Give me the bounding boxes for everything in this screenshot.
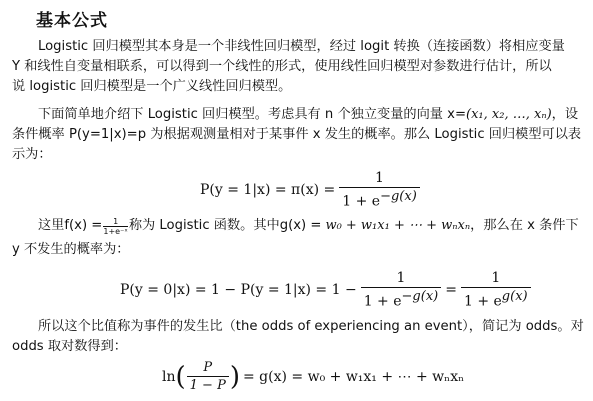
- eq1-numerator: 1: [372, 170, 387, 187]
- eq2-fraction2: 1 1 + eg(x): [461, 270, 531, 310]
- logistic-fraction: 11+e⁻ˣ: [103, 217, 128, 236]
- eq3-den: 1 − P: [187, 376, 229, 393]
- eq2-frac1-den: 1 + e−g(x): [361, 287, 442, 310]
- para2-line1-suffix: ，设: [552, 107, 578, 122]
- eq2-frac2-num: 1: [488, 270, 503, 287]
- eq2-frac2-den-base: 1 + e: [464, 294, 502, 310]
- equation-log-odds: ln ( P 1 − P ) = g(x) = w₀ + w₁x₁ + ⋯ + …: [162, 360, 464, 393]
- eq3-ln: ln: [162, 369, 176, 385]
- para1-line3: 说 logistic 回归模型是一个广义线性回归模型。: [12, 77, 291, 97]
- para4-line2: odds 取对数得到：: [12, 337, 127, 357]
- vector-x: (x₁, x₂, …, xₙ): [466, 107, 552, 122]
- para2-line1: 下面简单地介绍下 Logistic 回归模型。考虑具有 n 个独立变量的向量 x…: [38, 105, 578, 125]
- eq3-num: P: [200, 360, 215, 376]
- eq2-equals: =: [445, 282, 457, 298]
- para3-line2: y 不发生的概率为：: [12, 240, 130, 260]
- eq2-frac2-den: 1 + eg(x): [461, 287, 531, 310]
- equation-y0-probability: P(y = 0|x) = 1 − P(y = 1|x) = 1 − 1 1 + …: [120, 270, 535, 310]
- eq2-frac1-exp: −g(x): [402, 289, 439, 304]
- eq1-den-base: 1 + e: [342, 194, 380, 210]
- eq1-den-exp: −g(x): [380, 189, 417, 204]
- g-formula: w₀ + w₁x₁ + ⋯ + wₙxₙ: [325, 216, 470, 236]
- eq2-frac2-exp: g(x): [502, 289, 528, 304]
- eq2-fraction1: 1 1 + e−g(x): [361, 270, 442, 310]
- para2-line1-prefix: 下面简单地介绍下 Logistic 回归模型。考虑具有 n 个独立变量的向量 x…: [38, 107, 466, 122]
- small-frac-den: 1+e⁻ˣ: [103, 226, 128, 236]
- eq3-rhs: = g(x) = w₀ + w₁x₁ + ⋯ + wₙxₙ: [243, 369, 464, 385]
- para3-prefix: 这里f(x) =: [38, 216, 102, 236]
- eq2-lhs: P(y = 0|x) = 1 − P(y = 1|x) = 1 −: [120, 282, 357, 298]
- para1-line2: Y 和线性自变量相联系，可以得到一个线性的形式，使用线性回归模型对参数进行估计，…: [12, 57, 552, 77]
- equation-logistic-model: P(y = 1|x) = π(x) = 1 1 + e−g(x): [200, 170, 424, 210]
- eq1-lhs: P(y = 1|x) = π(x) =: [200, 182, 335, 198]
- eq1-denominator: 1 + e−g(x): [339, 187, 420, 210]
- eq3-fraction: P 1 − P: [187, 360, 229, 393]
- para3-line1: 这里f(x) = 11+e⁻ˣ 称为 Logistic 函数。其中g(x) = …: [38, 216, 579, 236]
- section-title: 基本公式: [36, 6, 108, 31]
- eq2-frac1-num: 1: [394, 270, 409, 287]
- para1-line1: Logistic 回归模型其本身是一个非线性回归模型，经过 logit 转换（连…: [38, 37, 565, 57]
- para2-line2: 条件概率 P(y=1|x)=p 为根据观测量相对于某事件 x 发生的概率。那么 …: [12, 125, 581, 145]
- left-paren: (: [176, 364, 186, 390]
- eq1-fraction: 1 1 + e−g(x): [339, 170, 420, 210]
- para2-line3: 示为：: [12, 145, 52, 165]
- para3-middle: 称为 Logistic 函数。其中g(x) =: [129, 216, 322, 236]
- eq2-frac1-den-base: 1 + e: [364, 294, 402, 310]
- small-frac-num: 1: [113, 217, 118, 226]
- para3-suffix: ，那么在 x 条件下: [470, 216, 579, 236]
- right-paren: ): [230, 364, 240, 390]
- para4-line1: 所以这个比值称为事件的发生比（the odds of experiencing …: [38, 317, 584, 337]
